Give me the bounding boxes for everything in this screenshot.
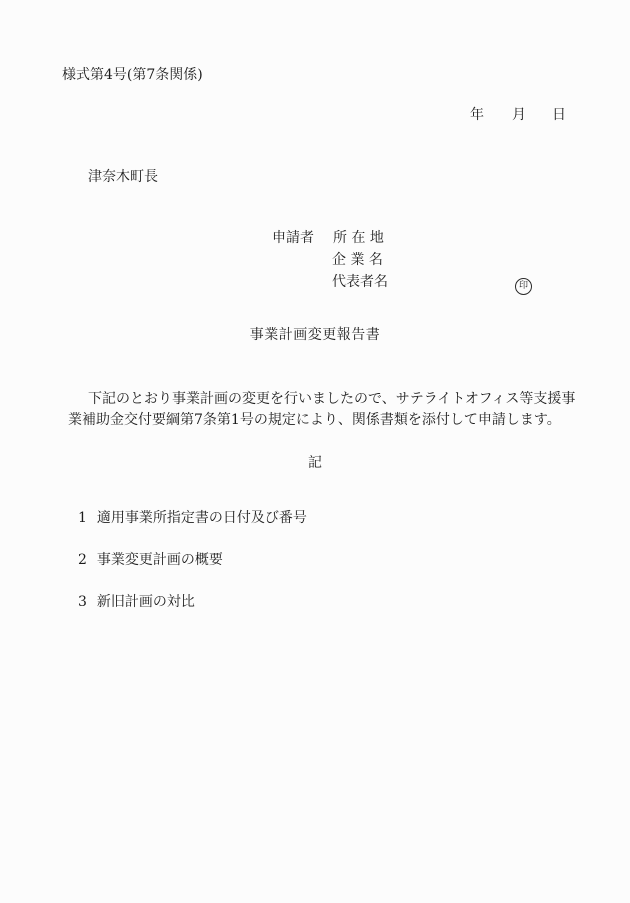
document-title: 事業計画変更報告書 bbox=[0, 324, 630, 344]
date-year-label: 年 bbox=[470, 107, 484, 123]
list-item: 2事業変更計画の概要 bbox=[78, 549, 307, 565]
body-paragraph: 下記のとおり事業計画の変更を行いましたので、サテライトオフィス等支援事 業補助金… bbox=[68, 389, 575, 431]
record-marker: 記 bbox=[0, 452, 630, 472]
item-number: 1 bbox=[78, 510, 87, 526]
item-label: 事業変更計画の概要 bbox=[97, 552, 223, 568]
body-line-2: 業補助金交付要綱第7条第1号の規定により、関係書類を添付して申請します。 bbox=[68, 410, 575, 431]
date-month-label: 月 bbox=[512, 107, 526, 123]
date-day-label: 日 bbox=[552, 107, 566, 123]
body-line-1: 下記のとおり事業計画の変更を行いましたので、サテライトオフィス等支援事 bbox=[68, 389, 575, 410]
company-field-label: 企 業 名 bbox=[332, 252, 383, 268]
date-line: 年月日 bbox=[470, 104, 566, 124]
item-number: 3 bbox=[78, 594, 87, 610]
address-field-label: 所 在 地 bbox=[333, 230, 384, 246]
list-item: 3新旧計画の対比 bbox=[78, 591, 307, 607]
item-label: 新旧計画の対比 bbox=[97, 594, 195, 610]
representative-field-label: 代表者名 bbox=[332, 274, 388, 290]
item-number: 2 bbox=[78, 552, 87, 568]
document-page: 様式第4号(第7条関係) 年月日 津奈木町長 申請者所 在 地 企 業 名 代表… bbox=[0, 0, 630, 903]
item-label: 適用事業所指定書の日付及び番号 bbox=[97, 510, 307, 526]
seal-stamp-icon: 印 bbox=[515, 278, 532, 295]
applicant-representative-row: 代表者名印 bbox=[272, 271, 532, 293]
attachment-list: 1適用事業所指定書の日付及び番号 2事業変更計画の概要 3新旧計画の対比 bbox=[78, 507, 307, 633]
applicant-company-row: 企 業 名 bbox=[272, 249, 532, 271]
applicant-block: 申請者所 在 地 企 業 名 代表者名印 bbox=[272, 227, 532, 293]
addressee: 津奈木町長 bbox=[88, 166, 158, 186]
list-item: 1適用事業所指定書の日付及び番号 bbox=[78, 507, 307, 523]
applicant-address-row: 申請者所 在 地 bbox=[272, 227, 532, 249]
form-number: 様式第4号(第7条関係) bbox=[62, 64, 203, 84]
applicant-label: 申請者 bbox=[272, 230, 314, 246]
